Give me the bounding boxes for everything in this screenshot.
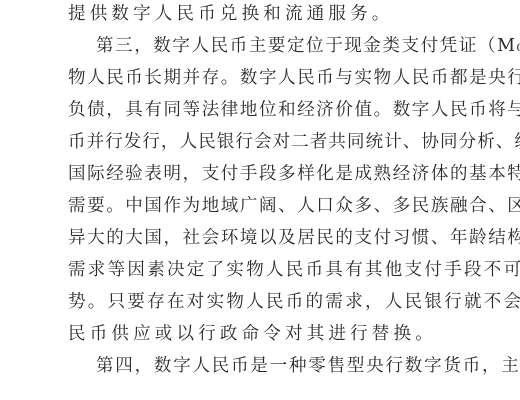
text-line: 物人民币长期并存。数字人民币与实物人民币都是央行对公众的 xyxy=(68,62,520,94)
text-line: 需求等因素决定了实物人民币具有其他支付手段不可替代的优 xyxy=(68,254,520,286)
text-line: 异大的大国，社会环境以及居民的支付习惯、年龄结构、安全性 xyxy=(68,222,520,254)
paragraph-start-line: 第四，数字人民币是一种零售型央行数字货币，主要用于满 xyxy=(96,350,520,382)
text-line: 国际经验表明，支付手段多样化是成熟经济体的基本特征和内在 xyxy=(68,158,520,190)
text-line: 负债，具有同等法律地位和经济价值。数字人民币将与实物人民 xyxy=(68,94,520,126)
text-line: 币并行发行，人民银行会对二者共同统计、协同分析、统筹管理。 xyxy=(68,126,520,158)
text-line: 需要。中国作为地域广阔、人口众多、多民族融合、区域发展差 xyxy=(68,190,520,222)
text-line: 民币供应或以行政命令对其进行替换。 xyxy=(68,318,437,350)
paragraph-start-line: 第三，数字人民币主要定位于现金类支付凭证（M₀），将与实 xyxy=(96,30,520,62)
text-line: 势。只要存在对实物人民币的需求，人民银行就不会停止实物人 xyxy=(68,286,520,318)
text-line: 提供数字人民币兑换和流通服务。 xyxy=(68,0,394,30)
